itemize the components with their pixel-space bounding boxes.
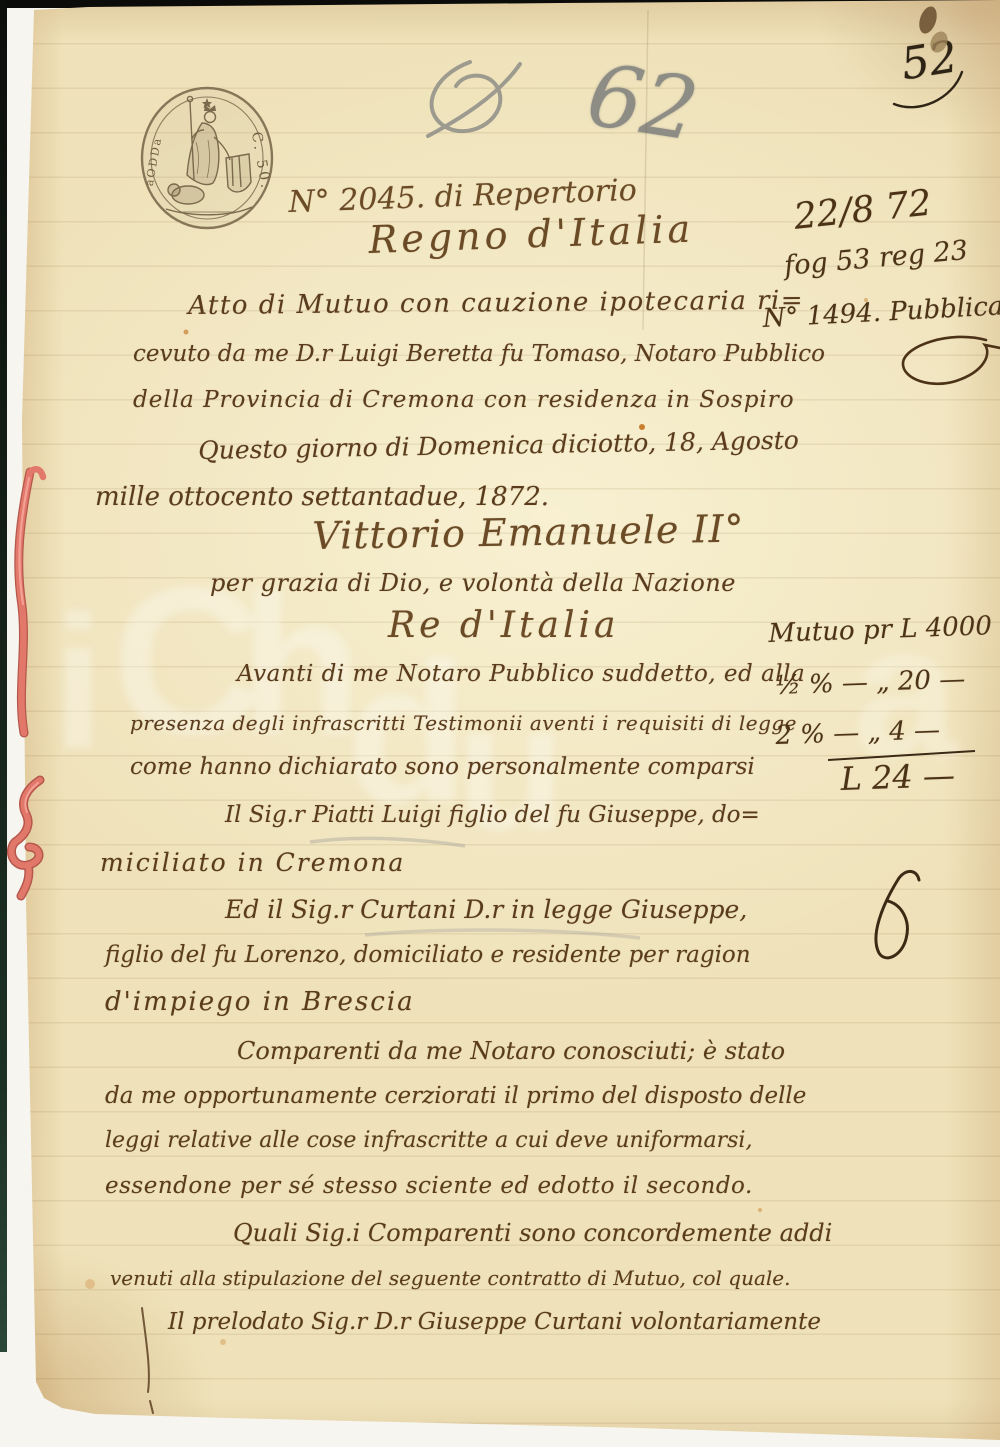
revenue-stamp: C. 50. aODDa — [136, 82, 278, 234]
manuscript-line: leggi relative alle cose infrascritte a … — [105, 1129, 752, 1153]
watermark-glyph: i — [52, 588, 105, 778]
manuscript-line: della Provincia di Cremona con residenza… — [133, 388, 795, 413]
page-number: 52 — [898, 33, 961, 90]
scan-border-left — [0, 0, 7, 1352]
manuscript-line: figlio del fu Lorenzo, domiciliato e res… — [105, 943, 751, 968]
manuscript-line: Comparenti da me Notaro conosciuti; è st… — [237, 1038, 785, 1064]
manuscript-line: Atto di Mutuo con cauzione ipotecaria ri… — [188, 287, 804, 321]
scanned-document: i C h d u a — [0, 0, 1000, 1447]
manuscript-line: per grazia di Dio, e volontà della Nazio… — [210, 570, 736, 596]
manuscript-line: Il Sig.r Piatti Luigi figlio del fu Gius… — [225, 803, 760, 828]
manuscript-line: Vittorio Emanuele II° — [312, 508, 745, 557]
manuscript-line: Ed il Sig.r Curtani D.r in legge Giusepp… — [225, 896, 747, 924]
manuscript-line: Avanti di me Notaro Pubblico suddetto, e… — [237, 662, 805, 687]
margin-note-fee-half: ½ % — „ 20 — — [775, 665, 966, 700]
manuscript-line: venuti alla stipulazione del seguente co… — [110, 1267, 790, 1289]
manuscript-line: Il prelodato Sig.r D.r Giuseppe Curtani … — [168, 1310, 821, 1335]
margin-note-fee-two: 2 % — „ 4 — — [775, 716, 940, 750]
manuscript-line: da me opportunamente cerziorati il primo… — [105, 1084, 806, 1109]
manuscript-line: presenza degli infrascritti Testimonii a… — [130, 712, 797, 734]
manuscript-line: come hanno dichiarato sono personalmente… — [130, 755, 755, 780]
manuscript-line: essendone per sé stesso sciente ed edott… — [105, 1174, 753, 1199]
manuscript-line: Re d'Italia — [388, 606, 619, 646]
manuscript-line: Quali Sig.i Comparenti sono concordement… — [233, 1220, 832, 1246]
manuscript-line: cevuto da me D.r Luigi Beretta fu Tomaso… — [133, 342, 825, 367]
pencil-archive-number: 62 — [581, 48, 704, 159]
manuscript-line: mille ottocento settantadue, 1872. — [95, 483, 549, 512]
manuscript-line: d'impiego in Brescia — [105, 988, 415, 1017]
margin-note-total: L 24 — — [840, 758, 955, 797]
manuscript-line: miciliato in Cremona — [100, 849, 405, 877]
